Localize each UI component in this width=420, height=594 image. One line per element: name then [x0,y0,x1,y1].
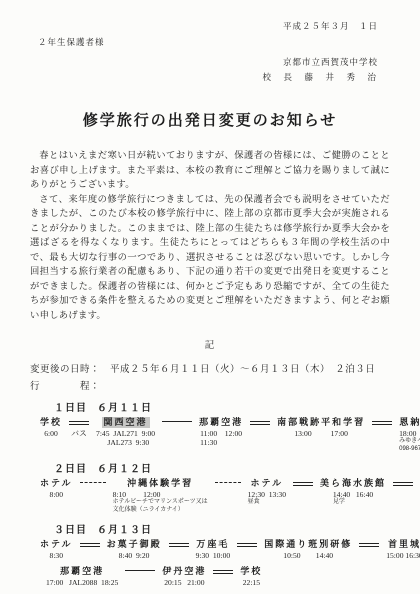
stop-lines: 8:00 [50,490,64,499]
route-row: ホテル8:00沖縄体験学習8:10 12:00ホテルビーチでマリンスポーツ又は文… [30,478,390,514]
itinerary-stop: 沖縄体験学習8:10 12:00ホテルビーチでマリンスポーツ又は文化体験（ニライ… [113,478,208,514]
day-date: ６月１３日 [97,525,152,536]
ki-marker: 記 [30,337,390,351]
stop-name: お菓子御殿 [107,539,162,550]
connector-line-icon [162,421,192,422]
day-header: ２日目６月１２日 [30,460,390,475]
stop-name: 学校 [40,417,62,428]
stop-lines: 15:00 16:30 [386,551,420,560]
note-line: 文化体験（ニライカナイ） [113,507,184,515]
stop-lines: 12:30 13:30昼食 [248,490,286,507]
time-line: 9:30 10:00 [196,551,231,560]
day-label: ３日目 [54,525,87,536]
time-line: 18:00 [399,429,416,438]
stop-lines: 13:00 17:00 [294,429,348,438]
stop-lines: 10:50 14:40 [283,551,333,560]
itinerary-stop: お菓子御殿8:40 9:20 [107,539,162,560]
route-connector [80,539,100,547]
itinerary-day: ２日目６月１２日ホテル8:00沖縄体験学習8:10 12:00ホテルビーチでマリ… [30,460,390,514]
day-date: ６月１２日 [97,464,152,475]
paragraph-greeting: 春とはいえまだ寒い日が続いておりますが、保護者の皆様には、ご健勝のこととお喜び申… [30,148,390,192]
stop-lines: 6:00 [44,429,58,438]
note-line: 昼食 [248,499,260,507]
itinerary-stop: 恩納村ホテル18:00みゆきハマバルリゾート098-967-7722 [399,417,420,453]
day-header: １日目６月１１日 [30,399,390,414]
time-line: 8:10 12:00 [113,490,161,499]
connector-line-icon [393,482,413,486]
connector-line-icon [237,543,257,547]
connector-line-icon [80,543,100,547]
itinerary-stop: 伊丹空港20:15 21:00 [162,566,206,587]
time-line: 17:00 JAL2088 18:25 [46,578,118,587]
time-line: 12:30 13:30 [248,490,286,499]
route-connector [250,417,270,425]
note-line: みゆきハマバルリゾート [399,438,420,446]
day-label: １日目 [54,403,87,414]
stop-name: 那覇空港 [60,566,104,577]
change-date-value: 平成２５年６月１１日（火）～６月１３日（木） ２泊３日 [110,361,375,375]
itinerary-stop: 那覇空港11:00 12:0011:30 [199,417,243,447]
connector-label: バス [71,428,87,439]
connector-line-icon [169,543,189,547]
connector-line-icon [372,421,392,425]
change-date-label: 変更後の日時： [30,361,100,375]
sender-principal: 校 長 藤 井 秀 治 [30,70,378,85]
time-line: 7:45 JAL271 9:00 [96,429,155,438]
itinerary: １日目６月１１日学校6:00バス関西空港7:45 JAL271 9:00 JAL… [30,399,390,587]
sender-block: 京都市立西賀茂中学校 校 長 藤 井 秀 治 [30,55,390,85]
time-line: 8:00 [50,490,64,499]
itinerary-stop: ホテル12:30 13:30昼食 [248,478,286,507]
change-date-line: 変更後の日時： 平成２５年６月１１日（火）～６月１３日（木） ２泊３日 [30,361,390,375]
stop-name: 学校 [240,566,262,577]
route-connector [293,478,313,486]
itinerary-stop: 首里城15:00 16:30 [386,539,420,560]
route-connector [80,478,106,483]
time-line: 11:30 [200,438,217,447]
day-header: ３日目６月１３日 [30,521,390,536]
schedule-label: 行 程： [30,378,390,392]
time-line: 14:40 16:40 [333,490,373,499]
itinerary-stop: 国際通り班別研修10:50 14:40 [264,539,352,560]
time-line: 20:15 21:00 [164,578,204,587]
route-connector [372,417,392,425]
stop-lines: 8:30 [50,551,64,560]
itinerary-stop: 学校22:15 [240,566,262,587]
stop-name: ホテル [40,539,73,550]
connector-line-icon [125,570,155,571]
itinerary-stop: 美ら海水族館14:40 16:40見学 [320,478,386,507]
route-connector [125,566,155,571]
stop-lines: 9:30 10:00 [196,551,231,560]
connector-line-icon [69,421,89,425]
stop-name: 南部戦跡平和学習 [277,417,365,428]
route-connector [169,539,189,547]
stop-lines: 11:00 12:0011:30 [200,429,242,447]
sender-school: 京都市立西賀茂中学校 [30,55,378,70]
connector-line-icon [213,570,233,574]
route-connector [237,539,257,547]
itinerary-stop: 学校6:00 [40,417,62,438]
itinerary-stop: 南部戦跡平和学習13:00 17:00 [277,417,365,438]
connector-line-icon [215,482,241,483]
stop-name: 沖縄体験学習 [127,478,193,489]
stop-lines: 18:00みゆきハマバルリゾート098-967-7722 [399,429,420,453]
time-line: 10:50 14:40 [283,551,333,560]
connector-line-icon [250,421,270,425]
stop-lines: 8:10 12:00ホテルビーチでマリンスポーツ又は文化体験（ニライカナイ） [113,490,208,514]
letter-body: 春とはいえまだ寒い日が続いておりますが、保護者の皆様には、ご健勝のこととお喜び申… [30,148,390,322]
stop-name: ホテル [251,478,284,489]
stop-lines: 7:45 JAL271 9:00 JAL273 9:30 [96,429,155,447]
note-line: 098-967-7722 [399,446,420,454]
note-line: ホテルビーチでマリンスポーツ又は [113,499,208,507]
stop-lines: 8:40 9:20 [119,551,150,560]
stop-name: 美ら海水族館 [320,478,386,489]
stop-name: 那覇空港 [199,417,243,428]
paragraph-main: さて、来年度の修学旅行につきましては、先の保護者会でも説明をさせていただきました… [30,192,390,323]
day-date: ６月１１日 [97,403,152,414]
stop-name: 首里城 [388,539,420,550]
route-connector [215,478,241,483]
route-connector [162,417,192,422]
stop-name: 国際通り班別研修 [264,539,352,550]
route-connector: バス [69,417,89,439]
route-row: 学校6:00バス関西空港7:45 JAL271 9:00 JAL273 9:30… [30,417,390,453]
connector-line-icon [359,543,379,547]
route-connector [359,539,379,547]
itinerary-stop: 関西空港7:45 JAL271 9:00 JAL273 9:30 [96,417,155,447]
connector-line-icon [80,482,106,483]
itinerary-stop: ホテル8:00 [40,478,73,499]
itinerary-stop: ホテル8:30 [40,539,73,560]
stop-name: 関西空港 [102,417,150,428]
stop-name: 伊丹空港 [162,566,206,577]
itinerary-day: １日目６月１１日学校6:00バス関西空港7:45 JAL271 9:00 JAL… [30,399,390,453]
time-line: 13:00 17:00 [294,429,348,438]
stop-name: ホテル [40,478,73,489]
recipient-line: ２年生保護者様 [30,36,390,48]
itinerary-day: ３日目６月１３日ホテル8:30お菓子御殿8:40 9:20万座毛9:30 10:… [30,521,390,587]
stop-lines: 17:00 JAL2088 18:25 [46,578,118,587]
time-line: 11:00 12:00 [200,429,242,438]
time-line: 22:15 [243,578,260,587]
route-row: 那覇空港17:00 JAL2088 18:25伊丹空港20:15 21:00学校… [30,566,390,587]
time-line: 8:30 [50,551,64,560]
itinerary-stop: 万座毛9:30 10:00 [196,539,231,560]
day-label: ２日目 [54,464,87,475]
time-line: 15:00 16:30 [386,551,420,560]
time-line: 6:00 [44,429,58,438]
connector-line-icon [293,482,313,486]
stop-lines: 22:15 [243,578,260,587]
stop-lines: 14:40 16:40見学 [333,490,373,507]
stop-lines: 20:15 21:00 [164,578,204,587]
document-page: 平成２５年３月 １日 ２年生保護者様 京都市立西賀茂中学校 校 長 藤 井 秀 … [0,0,420,594]
itinerary-stop: 那覇空港17:00 JAL2088 18:25 [46,566,118,587]
time-line: 8:40 9:20 [119,551,150,560]
route-row: ホテル8:30お菓子御殿8:40 9:20万座毛9:30 10:00国際通り班別… [30,539,390,560]
time-line: JAL273 9:30 [96,438,149,447]
stop-name: 万座毛 [196,539,229,550]
note-line: 見学 [333,499,345,507]
route-connector [213,566,233,574]
route-connector [393,478,413,486]
issue-date: 平成２５年３月 １日 [30,20,390,32]
stop-name: 恩納村ホテル [399,417,420,428]
page-title: 修学旅行の出発日変更のお知らせ [30,109,390,130]
